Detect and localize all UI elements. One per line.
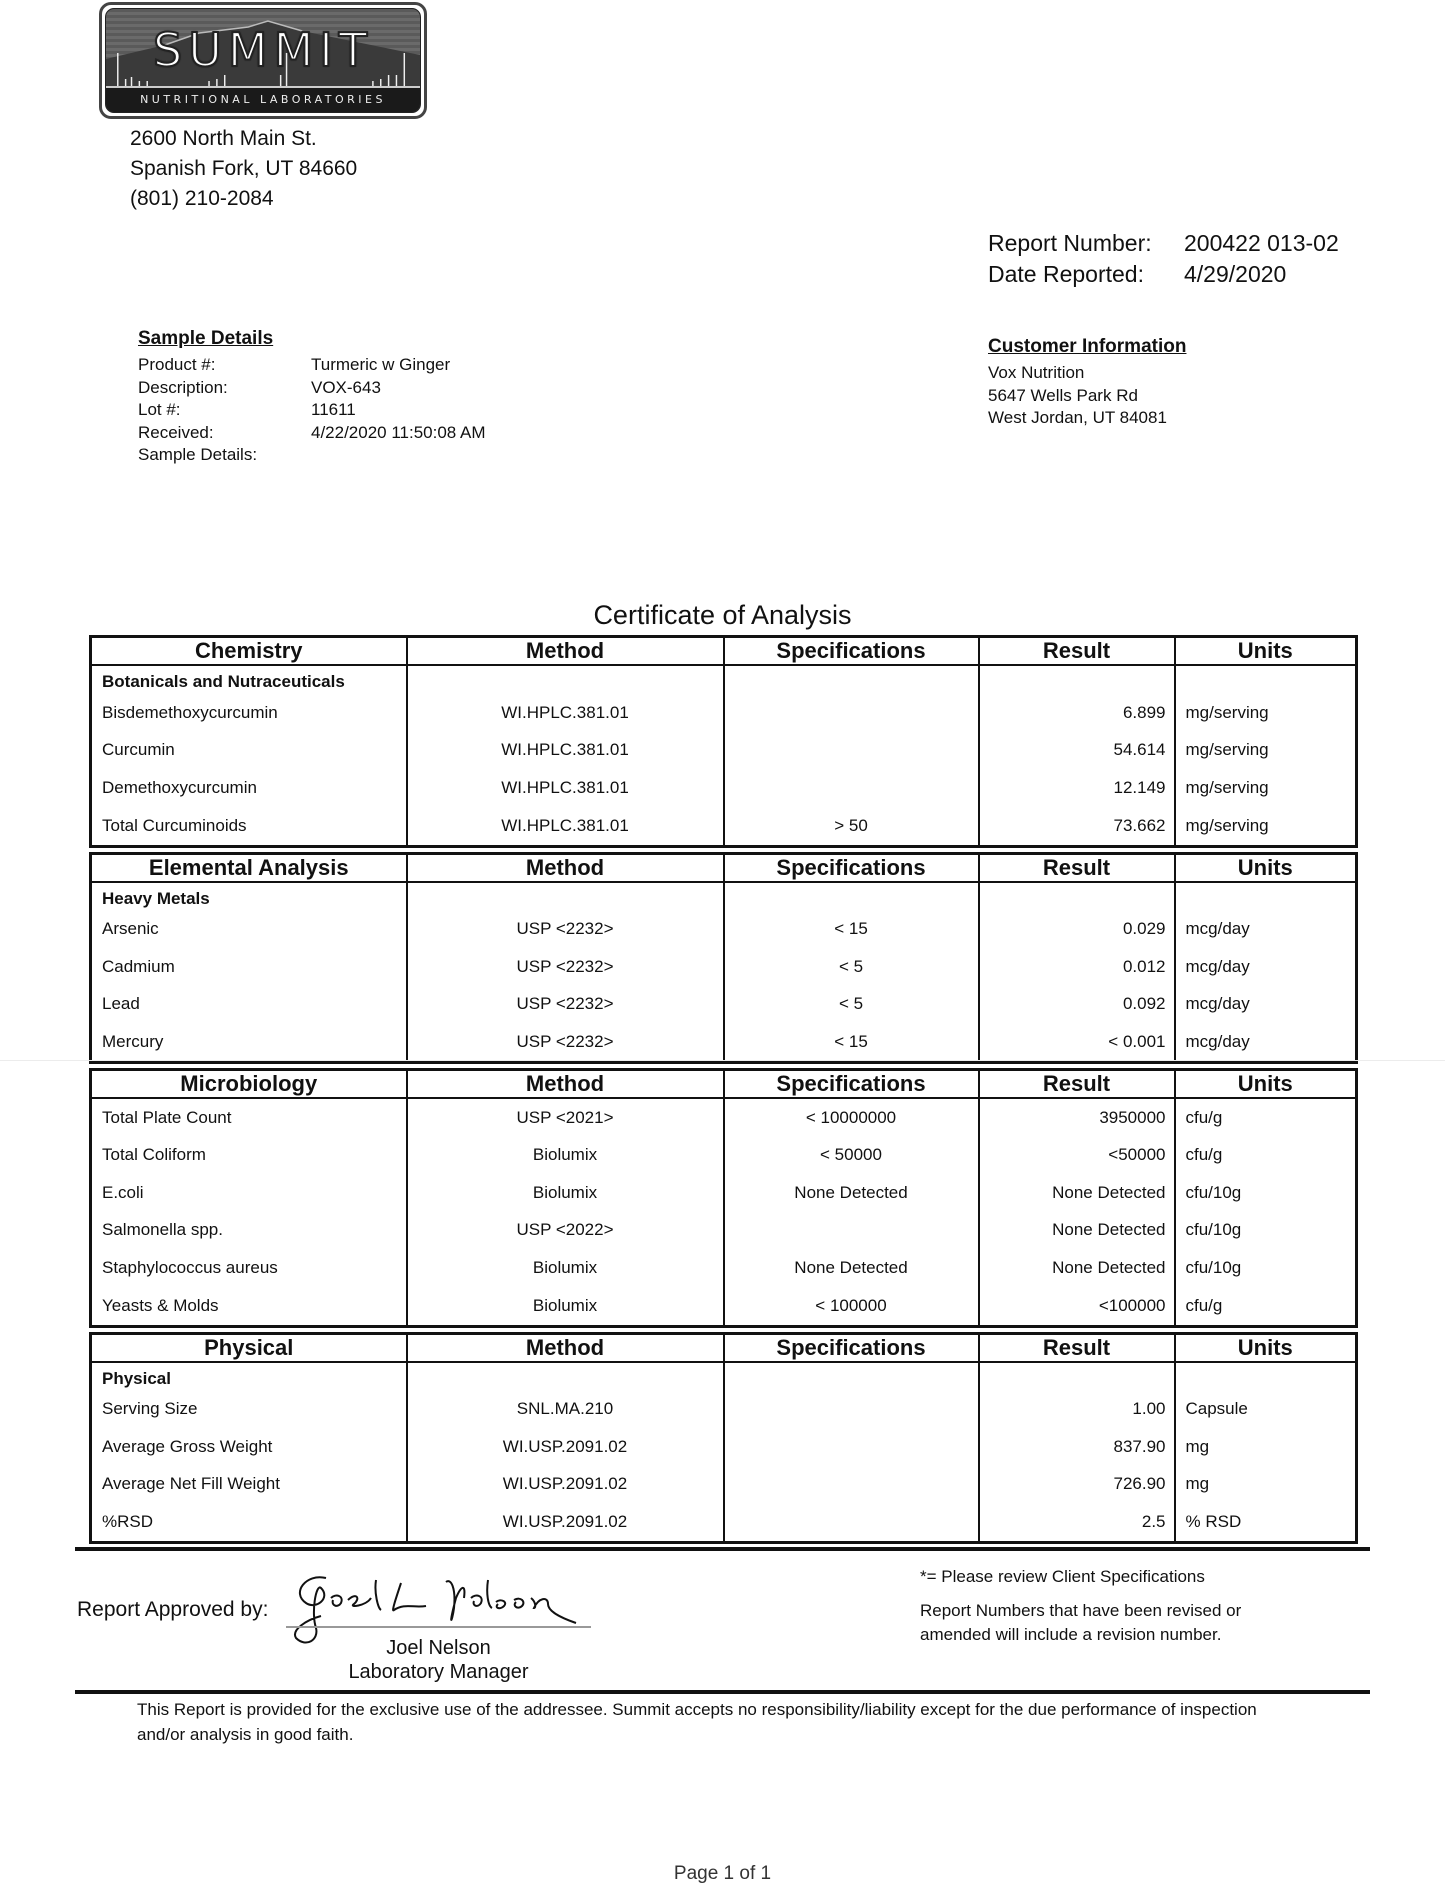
customer-city: West Jordan, UT 84081 (988, 407, 1186, 430)
specifications-header: Specifications (724, 1070, 979, 1099)
method-cell: Biolumix (407, 1249, 724, 1287)
analyte-name: Total Plate Count (91, 1098, 407, 1137)
empty-cell (979, 882, 1175, 911)
result-cell: None Detected (979, 1174, 1175, 1212)
specification-cell: < 15 (724, 1023, 979, 1063)
lab-address: 2600 North Main St. Spanish Fork, UT 846… (130, 124, 357, 214)
specification-cell (724, 1391, 979, 1429)
specification-cell (724, 1503, 979, 1543)
result-cell: 726.90 (979, 1466, 1175, 1504)
units-cell: % RSD (1175, 1503, 1357, 1543)
sample-details: Sample Details Product #: Turmeric w Gin… (138, 328, 486, 467)
result-cell: 73.662 (979, 807, 1175, 847)
empty-cell (1175, 882, 1357, 911)
result-header: Result (979, 1070, 1175, 1099)
result-cell: 54.614 (979, 732, 1175, 770)
report-number-row: Report Number: 200422 013-02 (988, 228, 1339, 259)
analyte-name: E.coli (91, 1174, 407, 1212)
result-cell: 3950000 (979, 1098, 1175, 1137)
customer-street: 5647 Wells Park Rd (988, 385, 1186, 408)
logo-panel: SUMMIT NUTRITIONAL LABORATORIES (105, 8, 421, 113)
units-cell: mg/serving (1175, 807, 1357, 847)
method-cell: USP <2022> (407, 1212, 724, 1250)
date-reported-value: 4/29/2020 (1184, 259, 1286, 290)
subheading: Heavy Metals (91, 882, 407, 911)
table-row: Average Gross WeightWI.USP.2091.02837.90… (91, 1428, 1357, 1466)
specification-cell (724, 769, 979, 807)
report-number-label: Report Number: (988, 228, 1184, 259)
empty-cell (724, 882, 979, 911)
specification-cell: < 10000000 (724, 1098, 979, 1137)
table-row: LeadUSP <2232>< 50.092mcg/day (91, 986, 1357, 1024)
specification-cell: > 50 (724, 807, 979, 847)
result-cell: <50000 (979, 1137, 1175, 1175)
units-header: Units (1175, 1333, 1357, 1362)
sample-label: Lot #: (138, 399, 311, 422)
sample-row: Sample Details: (138, 444, 486, 467)
analyte-name: Yeasts & Molds (91, 1287, 407, 1327)
units-cell: mg (1175, 1428, 1357, 1466)
disclaimer: This Report is provided for the exclusiv… (137, 1697, 1297, 1747)
analysis-section: MicrobiologyMethodSpecificationsResultUn… (89, 1068, 1358, 1328)
sample-label: Received: (138, 422, 311, 445)
signer-name: Joel Nelson (286, 1636, 591, 1660)
result-header: Result (979, 637, 1175, 666)
subheading: Physical (91, 1362, 407, 1391)
result-cell: < 0.001 (979, 1023, 1175, 1063)
method-cell: USP <2232> (407, 986, 724, 1024)
report-notes: *= Please review Client Specifications R… (920, 1567, 1250, 1647)
result-cell: 0.092 (979, 986, 1175, 1024)
date-reported-row: Date Reported: 4/29/2020 (988, 259, 1339, 290)
analysis-table: ChemistryMethodSpecificationsResultUnits… (89, 635, 1355, 1548)
report-number-value: 200422 013-02 (1184, 228, 1339, 259)
date-reported-label: Date Reported: (988, 259, 1184, 290)
sample-label: Sample Details: (138, 444, 311, 467)
specification-cell (724, 1212, 979, 1250)
method-cell: WI.USP.2091.02 (407, 1503, 724, 1543)
specification-cell (724, 1466, 979, 1504)
sample-value: 4/22/2020 11:50:08 AM (311, 422, 486, 445)
specification-cell: < 15 (724, 911, 979, 949)
client-spec-note: *= Please review Client Specifications (920, 1567, 1250, 1587)
table-row: Staphylococcus aureusBiolumixNone Detect… (91, 1249, 1357, 1287)
empty-cell (724, 1362, 979, 1391)
table-row: %RSDWI.USP.2091.022.5% RSD (91, 1503, 1357, 1543)
customer-information: Customer Information Vox Nutrition 5647 … (988, 336, 1186, 430)
section-header-row: MicrobiologyMethodSpecificationsResultUn… (91, 1070, 1357, 1099)
table-row: Serving SizeSNL.MA.2101.00Capsule (91, 1391, 1357, 1429)
signer-block: Joel Nelson Laboratory Manager (286, 1636, 591, 1684)
specification-cell: < 5 (724, 948, 979, 986)
analysis-section: PhysicalMethodSpecificationsResultUnitsP… (89, 1332, 1358, 1545)
analyte-name: Mercury (91, 1023, 407, 1063)
analyte-name: Serving Size (91, 1391, 407, 1429)
result-cell: 837.90 (979, 1428, 1175, 1466)
units-cell: mg/serving (1175, 732, 1357, 770)
table-row: ArsenicUSP <2232>< 150.029mcg/day (91, 911, 1357, 949)
empty-cell (407, 882, 724, 911)
sample-label: Description: (138, 377, 311, 400)
logo-wordmark: SUMMIT (106, 23, 420, 77)
customer-name: Vox Nutrition (988, 362, 1186, 385)
scan-artifact-line (0, 1060, 1445, 1061)
revision-note: Report Numbers that have been revised or… (920, 1599, 1250, 1647)
units-cell: cfu/10g (1175, 1249, 1357, 1287)
lab-street: 2600 North Main St. (130, 124, 357, 154)
table-row: Salmonella spp.USP <2022>None Detectedcf… (91, 1212, 1357, 1250)
units-cell: Capsule (1175, 1391, 1357, 1429)
sample-row: Received: 4/22/2020 11:50:08 AM (138, 422, 486, 445)
method-header: Method (407, 853, 724, 882)
table-row: Average Net Fill WeightWI.USP.2091.02726… (91, 1466, 1357, 1504)
result-cell: None Detected (979, 1212, 1175, 1250)
summit-logo: SUMMIT NUTRITIONAL LABORATORIES (99, 2, 427, 119)
specification-cell: None Detected (724, 1249, 979, 1287)
analyte-name: Staphylococcus aureus (91, 1249, 407, 1287)
table-row: DemethoxycurcuminWI.HPLC.381.0112.149mg/… (91, 769, 1357, 807)
analyte-name: Curcumin (91, 732, 407, 770)
method-header: Method (407, 637, 724, 666)
table-row: Total ColiformBiolumix< 50000<50000cfu/g (91, 1137, 1357, 1175)
table-row: Total CurcuminoidsWI.HPLC.381.01> 5073.6… (91, 807, 1357, 847)
certificate-title: Certificate of Analysis (0, 600, 1445, 631)
table-row: Yeasts & MoldsBiolumix< 100000<100000cfu… (91, 1287, 1357, 1327)
units-cell: cfu/10g (1175, 1212, 1357, 1250)
divider (75, 1547, 1370, 1551)
units-header: Units (1175, 1070, 1357, 1099)
specifications-header: Specifications (724, 1333, 979, 1362)
method-header: Method (407, 1333, 724, 1362)
logo-tagline: NUTRITIONAL LABORATORIES (106, 86, 420, 112)
section-name-header: Chemistry (91, 637, 407, 666)
units-header: Units (1175, 853, 1357, 882)
units-cell: cfu/10g (1175, 1174, 1357, 1212)
analyte-name: Salmonella spp. (91, 1212, 407, 1250)
approved-by-label: Report Approved by: (77, 1598, 268, 1622)
empty-cell (979, 665, 1175, 694)
analyte-name: %RSD (91, 1503, 407, 1543)
result-cell: 12.149 (979, 769, 1175, 807)
section-header-row: Elemental AnalysisMethodSpecificationsRe… (91, 853, 1357, 882)
specification-cell: < 100000 (724, 1287, 979, 1327)
signature-line (286, 1626, 591, 1628)
method-cell: Biolumix (407, 1137, 724, 1175)
subheading: Botanicals and Nutraceuticals (91, 665, 407, 694)
section-name-header: Microbiology (91, 1070, 407, 1099)
table-row: E.coliBiolumixNone DetectedNone Detected… (91, 1174, 1357, 1212)
sample-row: Description: VOX-643 (138, 377, 486, 400)
method-header: Method (407, 1070, 724, 1099)
method-cell: WI.USP.2091.02 (407, 1428, 724, 1466)
sample-row: Lot #: 11611 (138, 399, 486, 422)
units-cell: cfu/g (1175, 1287, 1357, 1327)
method-cell: Biolumix (407, 1287, 724, 1327)
units-cell: mcg/day (1175, 1023, 1357, 1063)
empty-cell (1175, 1362, 1357, 1391)
method-cell: USP <2232> (407, 948, 724, 986)
divider (75, 1690, 1370, 1694)
section-header-row: ChemistryMethodSpecificationsResultUnits (91, 637, 1357, 666)
empty-cell (724, 665, 979, 694)
result-cell: 1.00 (979, 1391, 1175, 1429)
method-cell: WI.HPLC.381.01 (407, 732, 724, 770)
method-cell: USP <2021> (407, 1098, 724, 1137)
lab-phone: (801) 210-2084 (130, 184, 357, 214)
units-cell: mg/serving (1175, 769, 1357, 807)
method-cell: USP <2232> (407, 911, 724, 949)
sample-value: 11611 (311, 399, 356, 422)
empty-cell (407, 1362, 724, 1391)
section-header-row: PhysicalMethodSpecificationsResultUnits (91, 1333, 1357, 1362)
result-cell: 6.899 (979, 694, 1175, 732)
section-name-header: Physical (91, 1333, 407, 1362)
analyte-name: Arsenic (91, 911, 407, 949)
customer-title: Customer Information (988, 336, 1186, 358)
sample-row: Product #: Turmeric w Ginger (138, 354, 486, 377)
sample-details-title: Sample Details (138, 328, 486, 350)
specification-cell (724, 732, 979, 770)
page-number: Page 1 of 1 (0, 1863, 1445, 1885)
analyte-name: Average Net Fill Weight (91, 1466, 407, 1504)
analyte-name: Lead (91, 986, 407, 1024)
analyte-name: Demethoxycurcumin (91, 769, 407, 807)
empty-cell (407, 665, 724, 694)
subheading-row: Botanicals and Nutraceuticals (91, 665, 1357, 694)
analysis-section: ChemistryMethodSpecificationsResultUnits… (89, 635, 1358, 848)
table-row: BisdemethoxycurcuminWI.HPLC.381.016.899m… (91, 694, 1357, 732)
result-header: Result (979, 853, 1175, 882)
analyte-name: Bisdemethoxycurcumin (91, 694, 407, 732)
result-cell: 0.012 (979, 948, 1175, 986)
analyte-name: Total Coliform (91, 1137, 407, 1175)
specification-cell (724, 694, 979, 732)
lab-city: Spanish Fork, UT 84660 (130, 154, 357, 184)
subheading-row: Physical (91, 1362, 1357, 1391)
report-meta: Report Number: 200422 013-02 Date Report… (988, 228, 1339, 290)
specifications-header: Specifications (724, 637, 979, 666)
method-cell: SNL.MA.210 (407, 1391, 724, 1429)
analysis-section: Elemental AnalysisMethodSpecificationsRe… (89, 852, 1358, 1065)
specification-cell: < 5 (724, 986, 979, 1024)
method-cell: WI.HPLC.381.01 (407, 769, 724, 807)
units-cell: mg (1175, 1466, 1357, 1504)
result-cell: 2.5 (979, 1503, 1175, 1543)
specifications-header: Specifications (724, 853, 979, 882)
result-cell: 0.029 (979, 911, 1175, 949)
method-cell: Biolumix (407, 1174, 724, 1212)
table-row: MercuryUSP <2232>< 15< 0.001mcg/day (91, 1023, 1357, 1063)
method-cell: USP <2232> (407, 1023, 724, 1063)
empty-cell (1175, 665, 1357, 694)
table-row: CurcuminWI.HPLC.381.0154.614mg/serving (91, 732, 1357, 770)
signer-title: Laboratory Manager (286, 1660, 591, 1684)
units-cell: cfu/g (1175, 1137, 1357, 1175)
specification-cell: None Detected (724, 1174, 979, 1212)
units-cell: mcg/day (1175, 911, 1357, 949)
result-header: Result (979, 1333, 1175, 1362)
units-header: Units (1175, 637, 1357, 666)
method-cell: WI.HPLC.381.01 (407, 694, 724, 732)
empty-cell (979, 1362, 1175, 1391)
method-cell: WI.USP.2091.02 (407, 1466, 724, 1504)
sample-value: Turmeric w Ginger (311, 354, 450, 377)
specification-cell: < 50000 (724, 1137, 979, 1175)
sample-label: Product #: (138, 354, 311, 377)
units-cell: cfu/g (1175, 1098, 1357, 1137)
analyte-name: Cadmium (91, 948, 407, 986)
units-cell: mcg/day (1175, 986, 1357, 1024)
result-cell: <100000 (979, 1287, 1175, 1327)
specification-cell (724, 1428, 979, 1466)
sample-value: VOX-643 (311, 377, 381, 400)
method-cell: WI.HPLC.381.01 (407, 807, 724, 847)
units-cell: mcg/day (1175, 948, 1357, 986)
table-row: Total Plate CountUSP <2021>< 10000000395… (91, 1098, 1357, 1137)
result-cell: None Detected (979, 1249, 1175, 1287)
analyte-name: Average Gross Weight (91, 1428, 407, 1466)
subheading-row: Heavy Metals (91, 882, 1357, 911)
analyte-name: Total Curcuminoids (91, 807, 407, 847)
table-row: CadmiumUSP <2232>< 50.012mcg/day (91, 948, 1357, 986)
units-cell: mg/serving (1175, 694, 1357, 732)
section-name-header: Elemental Analysis (91, 853, 407, 882)
